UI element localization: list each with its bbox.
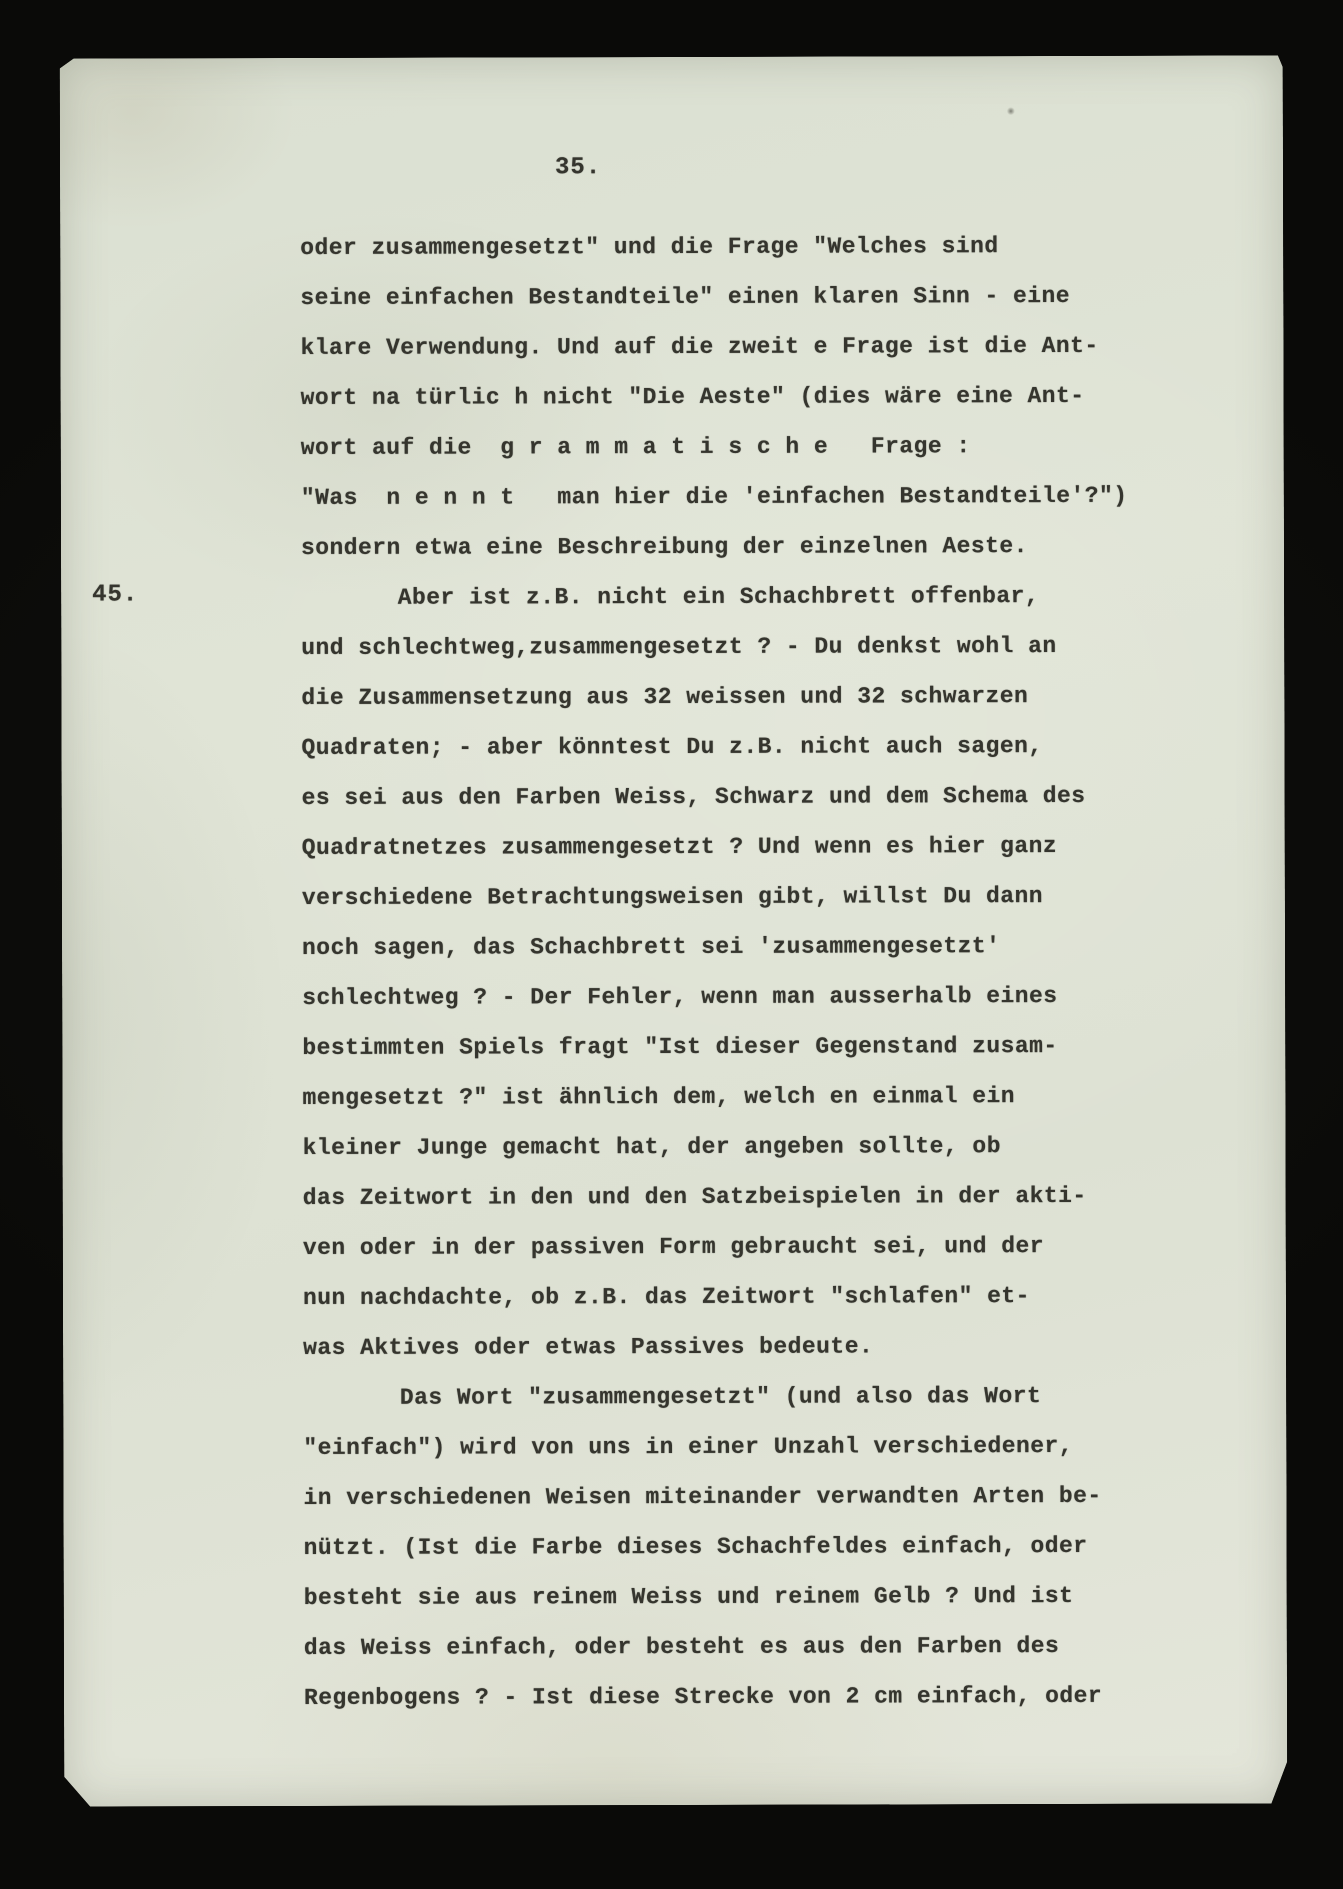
- text-line: mengesetzt ?" ist ähnlich dem, welch en …: [302, 1071, 1129, 1123]
- text-line: wort na türlic h nicht "Die Aeste" (dies…: [301, 371, 1128, 423]
- text-line-paragraph-start: Aber ist z.B. nicht ein Schachbrett offe…: [301, 571, 1128, 623]
- text-line: schlechtweg ? - Der Fehler, wenn man aus…: [302, 971, 1129, 1023]
- text-line: besteht sie aus reinem Weiss und reinem …: [304, 1571, 1131, 1623]
- text-line-paragraph-start: Das Wort "zusammengesetzt" (und also das…: [303, 1371, 1130, 1423]
- text-line: wort auf die g r a m m a t i s c h e Fra…: [301, 421, 1128, 473]
- text-line: oder zusammengesetzt" und die Frage "Wel…: [300, 221, 1127, 273]
- text-line: bestimmten Spiels fragt "Ist dieser Gege…: [302, 1021, 1129, 1073]
- text-line: "einfach") wird von uns in einer Unzahl …: [303, 1421, 1130, 1473]
- text-line: die Zusammensetzung aus 32 weissen und 3…: [301, 671, 1128, 723]
- page-number: 35.: [555, 153, 601, 183]
- text-line: nützt. (Ist die Farbe dieses Schachfelde…: [304, 1521, 1131, 1573]
- text-line: ven oder in der passiven Form gebraucht …: [303, 1221, 1130, 1273]
- text-line: was Aktives oder etwas Passives bedeute.: [303, 1321, 1130, 1373]
- text-line: Quadratnetzes zusammengesetzt ? Und wenn…: [302, 821, 1129, 873]
- text-line: Quadraten; - aber könntest Du z.B. nicht…: [301, 721, 1128, 773]
- text-line: seine einfachen Bestandteile" einen klar…: [300, 271, 1127, 323]
- paper-sheet: 35. 45. oder zusammengesetzt" und die Fr…: [60, 55, 1288, 1806]
- typewritten-text-block: oder zusammengesetzt" und die Frage "Wel…: [300, 221, 1131, 1723]
- text-line: noch sagen, das Schachbrett sei 'zusamme…: [302, 921, 1129, 973]
- text-line: das Zeitwort in den und den Satzbeispiel…: [303, 1171, 1130, 1223]
- text-line: und schlechtweg,zusammengesetzt ? - Du d…: [301, 621, 1128, 673]
- text-line: sondern etwa eine Beschreibung der einze…: [301, 521, 1128, 573]
- text-line: das Weiss einfach, oder besteht es aus d…: [304, 1621, 1131, 1673]
- text-line: es sei aus den Farben Weiss, Schwarz und…: [302, 771, 1129, 823]
- text-line: klare Verwendung. Und auf die zweit e Fr…: [300, 321, 1127, 373]
- text-line: nun nachdachte, ob z.B. das Zeitwort "sc…: [303, 1271, 1130, 1323]
- text-line: in verschiedenen Weisen miteinander verw…: [303, 1471, 1130, 1523]
- text-line: Regenbogens ? - Ist diese Strecke von 2 …: [304, 1671, 1131, 1723]
- margin-section-number: 45.: [92, 570, 138, 620]
- text-line: "Was n e n n t man hier die 'einfachen B…: [301, 471, 1128, 523]
- text-line: verschiedene Betrachtungsweisen gibt, wi…: [302, 871, 1129, 923]
- text-line: kleiner Junge gemacht hat, der angeben s…: [303, 1121, 1130, 1173]
